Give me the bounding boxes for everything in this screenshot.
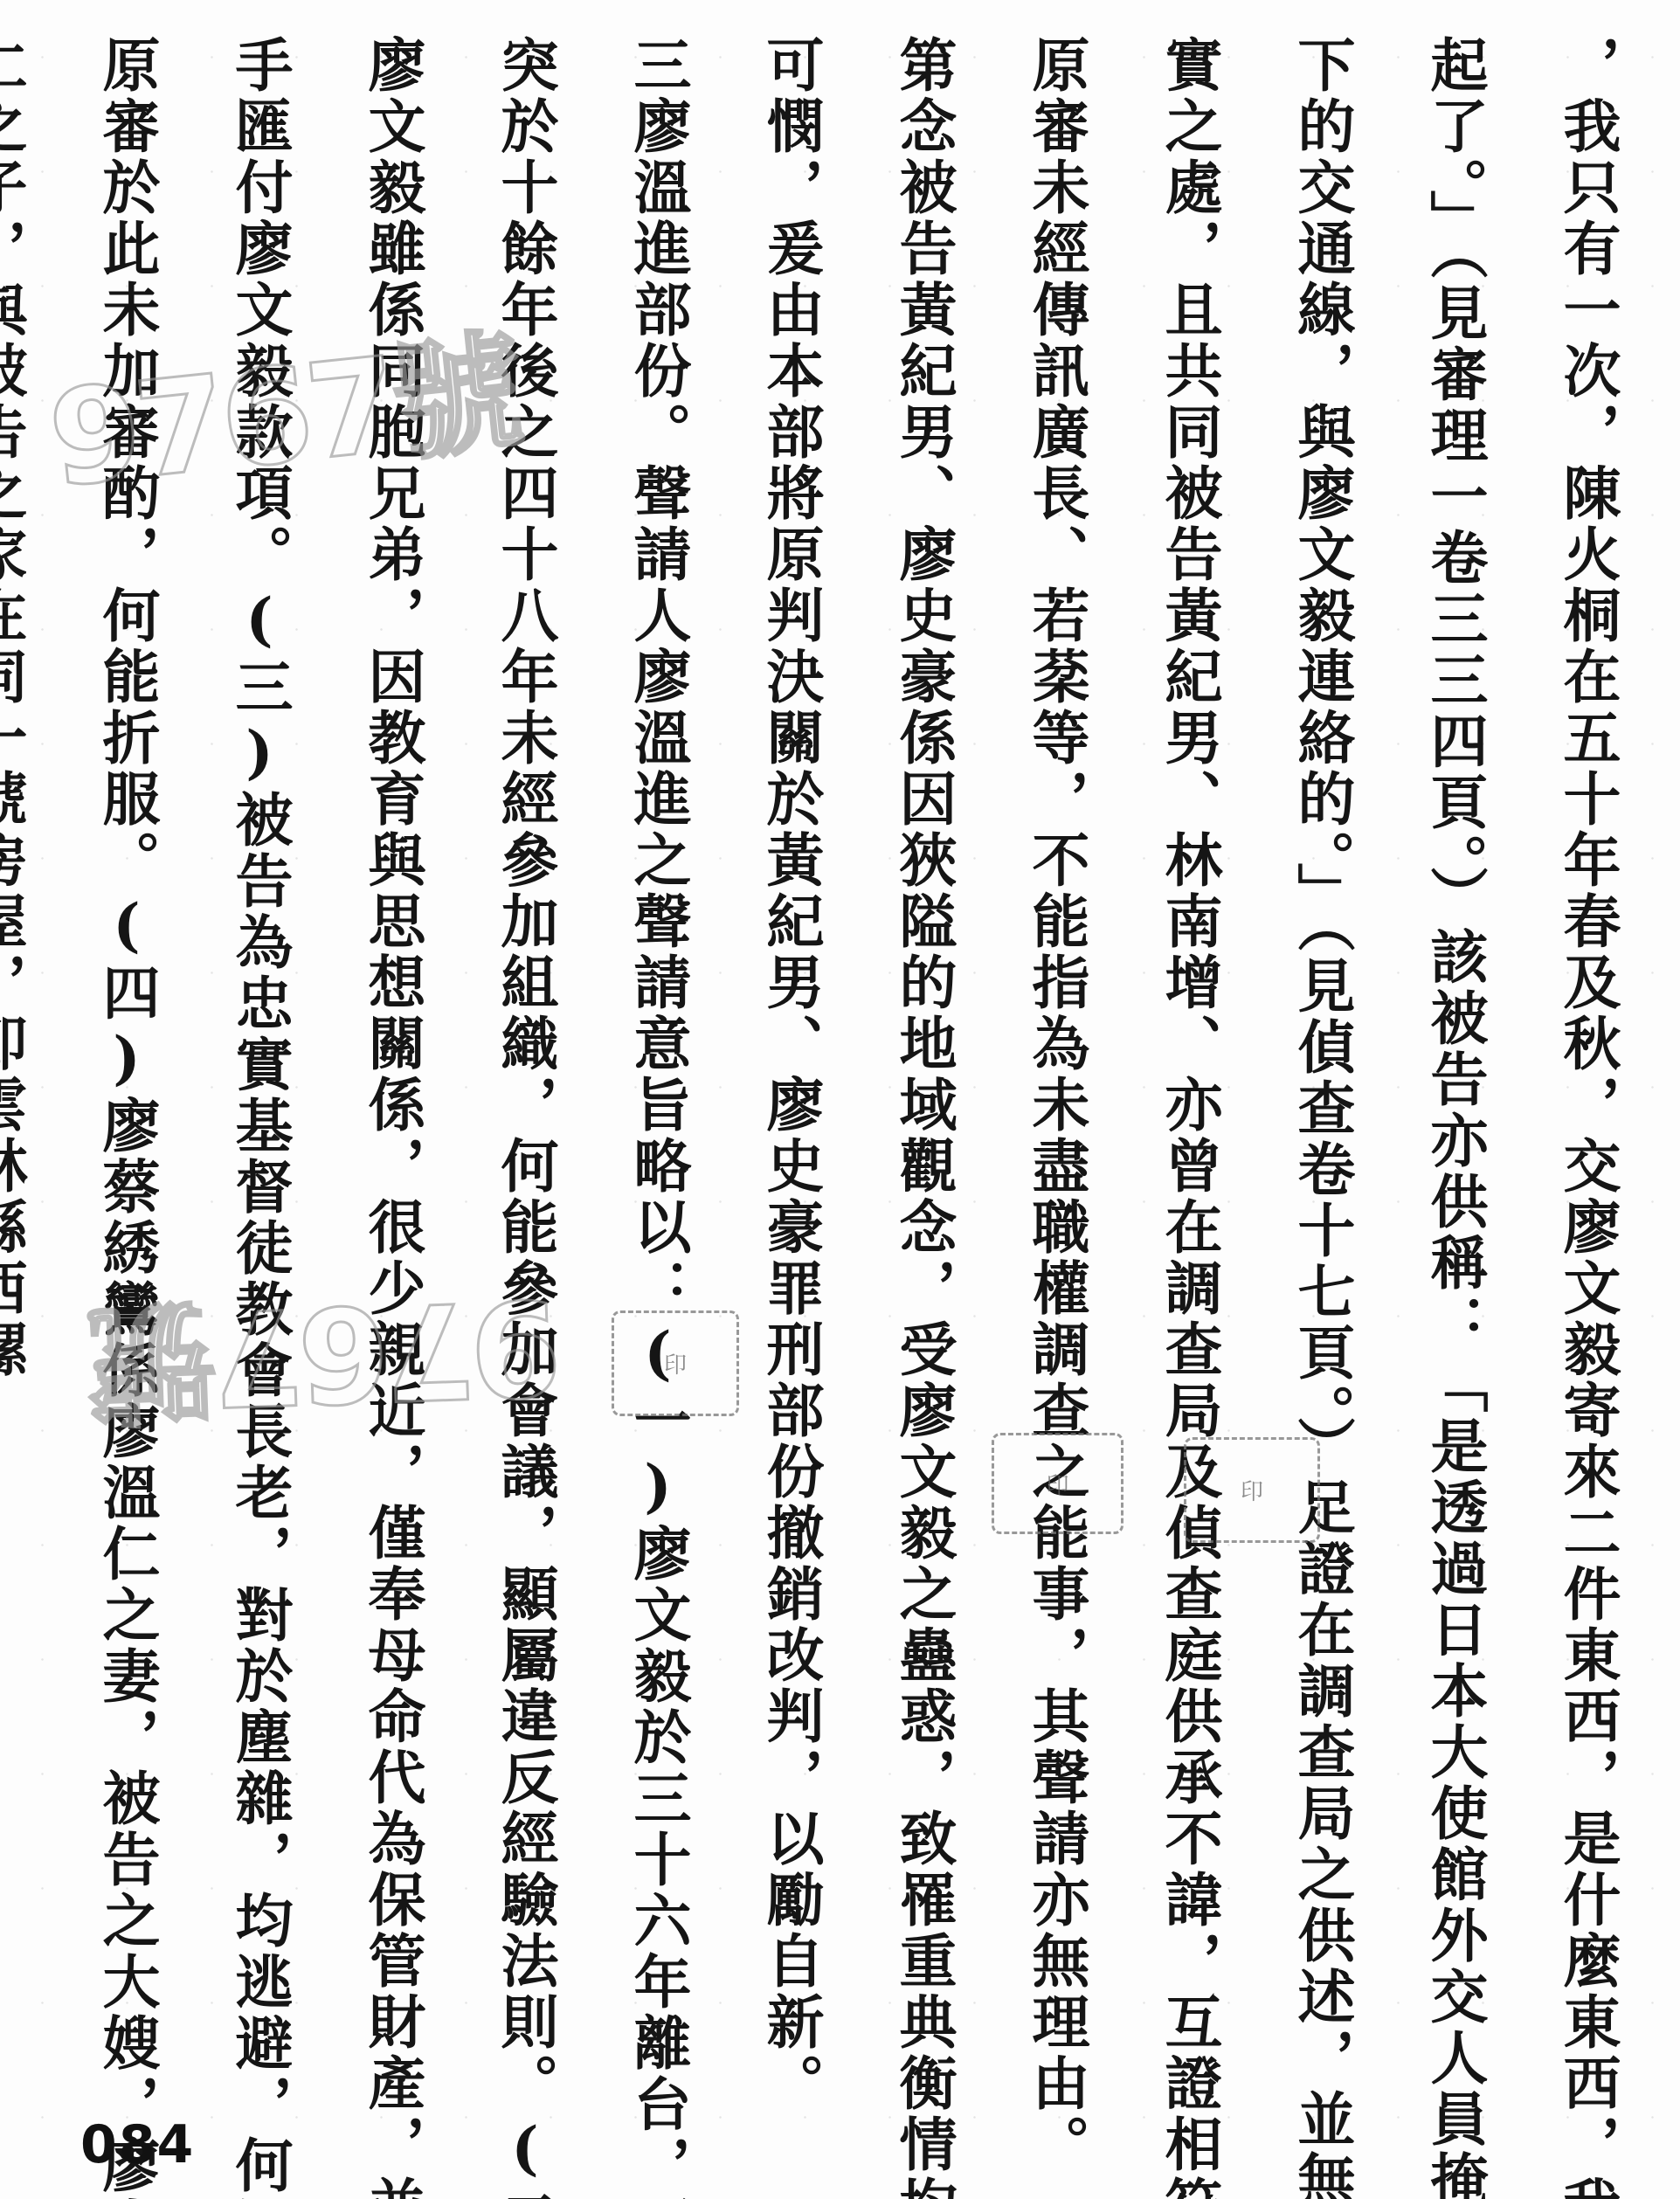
scanned-document-page: ，我只有一次，陳火桐在五十年春及秋，交廖文毅寄來二件東西，是什麼東西，我記不 起…	[0, 0, 1680, 2199]
text-column-7: 可憫，爰由本部將原判決關於黃紀男、廖史豪罪刑部份撤銷改判，以勵自新。	[724, 35, 857, 2009]
vertical-text-columns: ，我只有一次，陳火桐在五十年春及秋，交廖文毅寄來二件東西，是什麼東西，我記不 起…	[0, 35, 1654, 2009]
text-column-9: 突於十餘年後之四十八年未經參加組織，何能參加會議，顯屬違反經驗法則。(二)被告與	[459, 35, 591, 2009]
seal-stamp-icon: 印	[612, 1310, 739, 1416]
text-column-4: 實之處，且共同被告黃紀男、林南增、亦曾在調查局及偵查庭供承不諱，互證相符，則	[1123, 35, 1255, 2009]
page-number: 084	[80, 2114, 195, 2175]
text-column-2: 起了。」（見審理一卷三三四頁。）該被告亦供稱：「是透過日本大使館外交人員掩護	[1388, 35, 1521, 2009]
text-column-1: ，我只有一次，陳火桐在五十年春及秋，交廖文毅寄來二件東西，是什麼東西，我記不	[1521, 35, 1654, 2009]
text-column-6: 第念被告黃紀男、廖史豪係因狹隘的地域觀念，受廖文毅之蠱惑，致罹重典衡情均不無	[857, 35, 990, 2009]
text-column-8: 三廖溫進部份。聲請人廖溫進之聲請意旨略以：(一)廖文毅於三十六年離台，原審認被告…	[591, 35, 724, 2009]
seal-stamp-icon: 印	[1184, 1437, 1320, 1543]
text-column-11: 手匯付廖文毅款項。(三)被告為忠實基督徒教會長老，對於塵雜，均逃避，何況政治，	[193, 35, 326, 2009]
text-column-5: 原審未經傳訊廣長、若棻等，不能指為未盡職權調查之能事，其聲請亦無理由。	[990, 35, 1123, 2009]
text-column-12: 原審於此未加審酌，何能折服。(四)廖蔡綉鸞係廖溫仁之妻，被告之大嫂，廖史豪係廖溫	[60, 35, 193, 2009]
seal-stamp-icon: 印	[992, 1433, 1123, 1534]
text-column-10: 廖文毅雖係同胞兄弟，因教育與思想關係，很少親近，僅奉母命代為保管財產，並未經	[326, 35, 459, 2009]
text-column-3: 下的交通線，與廖文毅連絡的。」（見偵查卷十七頁。）足證在調查局之供述，並無不	[1255, 35, 1388, 2009]
text-column-13: 仁之子，與被告之家在同一號房屋，即雲林縣西螺	[0, 35, 60, 2009]
